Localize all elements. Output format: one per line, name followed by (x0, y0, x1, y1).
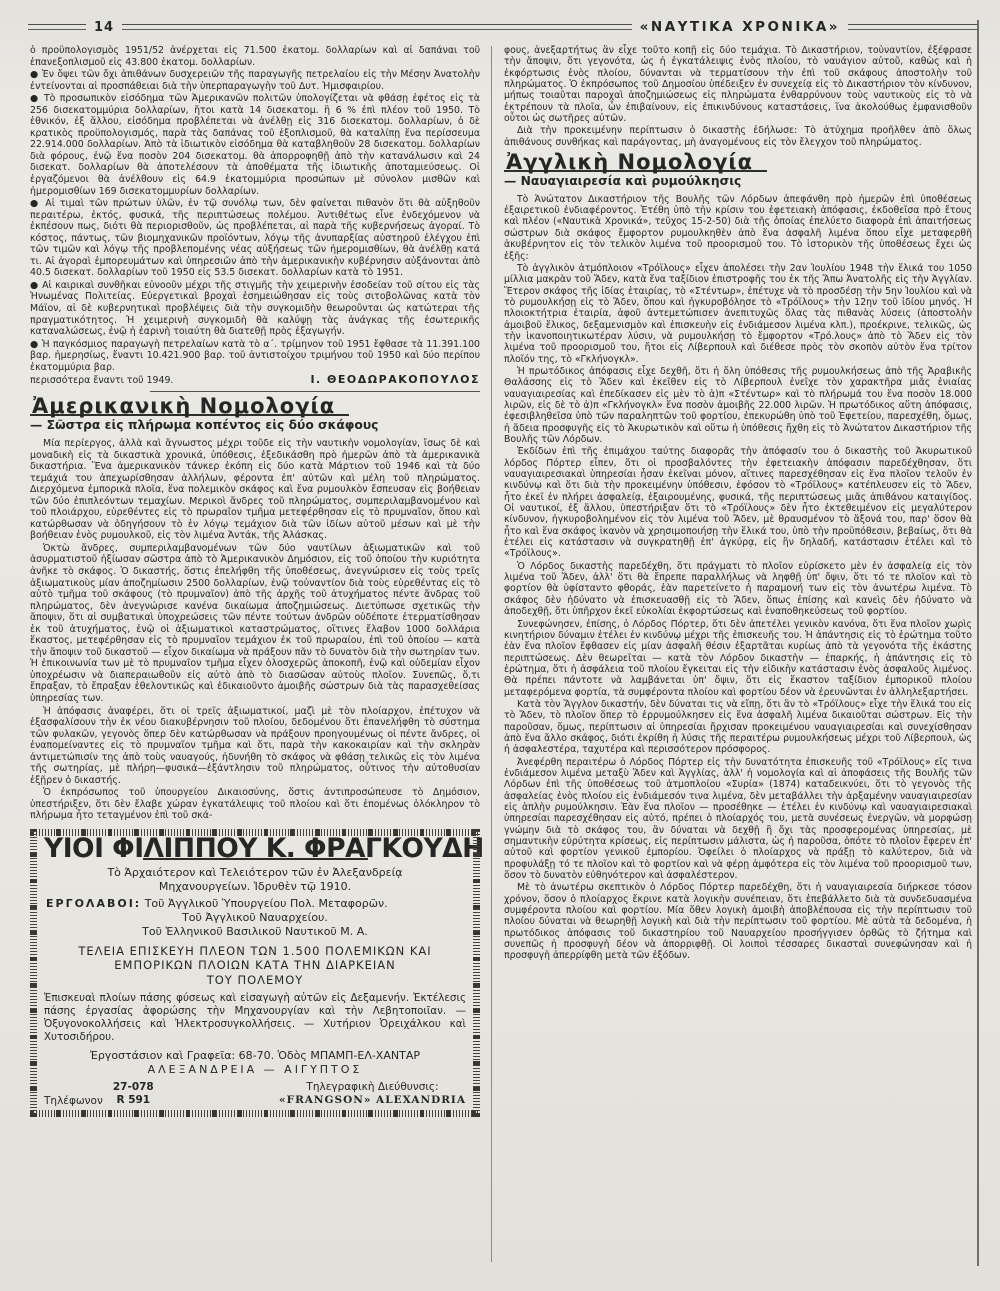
body-paragraph: ● Τὸ προσωπικὸν εἰσόδημα τῶν Ἀμερικανῶν … (30, 93, 480, 197)
body-paragraph: Τὸ ἀγγλικὸν ἀτμόπλοιον «Τρόϊλους» εἶχεν … (504, 263, 972, 365)
ad-tagline-line1: Τὸ Ἀρχαιότερον καὶ Τελειότερον τῶν ἐν Ἀλ… (44, 866, 466, 880)
ad-phone-number-1: 27-078 (113, 1081, 154, 1094)
body-paragraph: ● Ἡ παγκόσμιος παραγωγὴ πετρελαίων κατὰ … (30, 339, 480, 374)
ad-phone-number-2: R 591 (113, 1094, 154, 1107)
ad-tagline-line2: Μηχανουργείων. Ἱδρυθὲν τῷ 1910. (44, 880, 466, 894)
ad-address-street: Ἐργοστάσιον καὶ Γραφεῖα: 68-70. Ὁδὸς ΜΠΑ… (44, 1049, 466, 1063)
column-divider-rule (491, 46, 492, 1262)
body-paragraph: Ἡ ἀπόφασις ἀναφέρει, ὅτι οἱ τρεῖς ἀξιωμα… (30, 706, 480, 787)
right-column: φους, ἀνεξαρτήτως ἂν εἶχε τοῦτο κοπῇ εἰς… (504, 45, 972, 963)
ad-contractor-line: ΕΡΓΟΛΑΒΟΙ: Τοῦ Ἀγγλικοῦ Ὑπουργείου Πολ. … (44, 897, 466, 911)
author-signature: Ι. ΘΕΟΔΩΡΑΚΟΠΟΥΛΟΣ (310, 374, 480, 386)
body-paragraph: Ἐκδίδων ἐπὶ τῆς ἐπιμάχου ταύτης διαφορᾶς… (504, 446, 972, 559)
page-edge-rule (977, 20, 979, 1266)
left-column: ὁ προϋπολογισμὸς 1951/52 ἀνέρχεται εἰς 7… (30, 45, 480, 1117)
journal-title: «ΝΑΥΤΙΚΑ ΧΡΟΝΙΚΑ» (640, 19, 840, 35)
ad-border-bottom (30, 1110, 480, 1117)
ad-contractor-2: Τοῦ Ἀγγλικοῦ Ναυαρχείου. (44, 911, 466, 925)
english-section-body: Τὸ Ἀνώτατον Δικαστήριον τῆς Βουλῆς τῶν Λ… (504, 194, 972, 962)
ad-phone-block: Τηλέφωνον 27-078 R 591 (44, 1081, 154, 1107)
section-subtitle: — Σῶστρα εἰς πλήρωμα κοπέντος εἰς δύο σκ… (30, 420, 480, 432)
ad-border-top (30, 829, 480, 836)
body-paragraph: Συνεφώνησεν, ἐπίσης, ὁ Λόρδος Πόρτερ, ὅτ… (504, 619, 972, 698)
advertisement-fragoudi: ΥΙΟΙ ΦΙΛΙΠΠΟΥ Κ. ΦΡΑΓΚΟΥΔΗ Τὸ Ἀρχαιότερο… (30, 829, 480, 1117)
american-section-body: Μία περίεργος, ἀλλὰ καὶ ἄγνωστος μέχρι τ… (30, 438, 480, 822)
page-header: 14 «ΝΑΥΤΙΚΑ ΧΡΟΝΙΚΑ» (28, 16, 978, 38)
body-paragraph: ● Αἱ καιρικαὶ συνθῆκαι εὐνοοῦν μέχρι τῆς… (30, 280, 480, 338)
section-heading-american: Ἀμερικανικὴ Νομολογία (30, 401, 480, 417)
header-rule-right (848, 24, 978, 30)
ad-war-repairs-claim: ΤΕΛΕΙΑ ΕΠΙΣΚΕΥΗ ΠΛΕΟΝ ΤΩΝ 1.500 ΠΟΛΕΜΙΚΩ… (44, 944, 466, 988)
body-paragraph: Ὀκτὼ ἄνδρες, συμπεριλαμβανομένων τῶν δύο… (30, 543, 480, 705)
left-intro-paragraphs: ὁ προϋπολογισμὸς 1951/52 ἀνέρχεται εἰς 7… (30, 45, 480, 373)
body-paragraph: φους, ἀνεξαρτήτως ἂν εἶχε τοῦτο κοπῇ εἰς… (504, 45, 972, 124)
body-paragraph: ● Ἐν ὄψει τῶν ὄχι ἀπιθάνων δυσχερειῶν τῆ… (30, 69, 480, 92)
ad-address: Ἐργοστάσιον καὶ Γραφεῖα: 68-70. Ὁδὸς ΜΠΑ… (44, 1049, 466, 1077)
body-paragraph: ὁ προϋπολογισμὸς 1951/52 ἀνέρχεται εἰς 7… (30, 45, 480, 68)
ad-caps-line1: ΤΕΛΕΙΑ ΕΠΙΣΚΕΥΗ ΠΛΕΟΝ ΤΩΝ 1.500 ΠΟΛΕΜΙΚΩ… (44, 944, 466, 959)
ad-phone-numbers: 27-078 R 591 (113, 1081, 154, 1107)
section-subtitle: — Ναυαγιαιρεσία καὶ ρυμούλκησις (504, 176, 972, 187)
ad-caps-line2: ΕΜΠΟΡΙΚΩΝ ΠΛΟΙΩΝ ΚΑΤΑ ΤΗΝ ΔΙΑΡΚΕΙΑΝ (44, 958, 466, 973)
section-title: Ἀγγλικὴ Νομολογία (504, 157, 767, 172)
signoff-row: περισσότερα ἔναντι τοῦ 1949. Ι. ΘΕΟΔΩΡΑΚ… (30, 374, 480, 387)
ad-contractor-3: Τοῦ Ἑλληνικοῦ Βασιλικοῦ Ναυτικοῦ Μ. Α. (44, 925, 466, 939)
ad-contractor-1: Τοῦ Ἀγγλικοῦ Ὑπουργείου Πολ. Μεταφορῶν. (145, 897, 388, 910)
ad-phone-label: Τηλέφωνον (44, 1096, 103, 1108)
ad-contractors-label: ΕΡΓΟΛΑΒΟΙ: (46, 897, 141, 910)
ad-company-name: ΥΙΟΙ ΦΙΛΙΠΠΟΥ Κ. ΦΡΑΓΚΟΥΔΗ (44, 843, 466, 855)
ad-telegraph-block: Τηλεγραφικὴ Διεύθυνσις: «FRANGSON» ALEXA… (279, 1081, 466, 1107)
body-paragraph: Ὁ ἐκπρόσωπος τοῦ ὑπουργείου Δικαιοσύνης,… (30, 787, 480, 822)
ad-contractors: ΕΡΓΟΛΑΒΟΙ: Τοῦ Ἀγγλικοῦ Ὑπουργείου Πολ. … (44, 897, 466, 939)
ad-border-left (30, 829, 37, 1117)
body-paragraph: Ἡ πρωτόδικος ἀπόφασις εἶχε δεχθῆ, ὅτι ἡ … (504, 366, 972, 445)
ad-contact-row: Τηλέφωνον 27-078 R 591 Τηλεγραφικὴ Διεύθ… (44, 1081, 466, 1107)
section-title: Ἀμερικανικὴ Νομολογία (30, 401, 349, 417)
body-paragraph: Διὰ τὴν προκειμένην περίπτωσιν ὁ δικαστὴ… (504, 125, 972, 148)
body-paragraph: Ὁ Λόρδος δικαστὴς παρεδέχθη, ὅτι πράγματ… (504, 561, 972, 618)
ad-telegraph-label: Τηλεγραφικὴ Διεύθυνσις: (279, 1081, 466, 1094)
section-heading-english: Ἀγγλικὴ Νομολογία (504, 157, 972, 172)
scanned-magazine-page: 14 «ΝΑΥΤΙΚΑ ΧΡΟΝΙΚΑ» ὁ προϋπολογισμὸς 19… (0, 0, 1000, 1291)
body-paragraph: Μία περίεργος, ἀλλὰ καὶ ἄγνωστος μέχρι τ… (30, 438, 480, 542)
ad-caps-line3: ΤΟΥ ΠΟΛΕΜΟΥ (44, 973, 466, 988)
body-paragraph: Ἀνεφέρθη περαιτέρω ὁ Λόρδος Πόρτερ εἰς τ… (504, 757, 972, 882)
body-paragraph: Κατὰ τὸν Ἄγγλον δικαστήν, δὲν δύναται τι… (504, 699, 972, 756)
ad-services-description: Ἐπισκευαὶ πλοίων πάσης φύσεως καὶ εἰσαγω… (44, 992, 466, 1044)
ad-border-right (473, 829, 480, 1117)
body-paragraph: Τὸ Ἀνώτατον Δικαστήριον τῆς Βουλῆς τῶν Λ… (504, 194, 972, 262)
ad-address-city: ΑΛΕΞΑΝΔΡΕΙΑ — ΑΙΓΥΠΤΟΣ (44, 1063, 466, 1077)
signoff-text: περισσότερα ἔναντι τοῦ 1949. (30, 375, 173, 387)
ad-telegraph-address: «FRANGSON» ALEXANDRIA (279, 1094, 466, 1106)
body-paragraph: ● Αἱ τιμαὶ τῶν πρώτων ὑλῶν, ἐν τῷ συνόλῳ… (30, 198, 480, 279)
body-paragraph: Μὲ τὸ ἀνωτέρω σκεπτικὸν ὁ Λόρδος Πόρτερ … (504, 882, 972, 961)
signature-rule (150, 391, 480, 392)
header-rule-left (28, 24, 86, 30)
header-rule-middle (122, 24, 632, 30)
right-intro-paragraphs: φους, ἀνεξαρτήτως ἂν εἶχε τοῦτο κοπῇ εἰς… (504, 45, 972, 148)
page-number: 14 (94, 20, 114, 35)
